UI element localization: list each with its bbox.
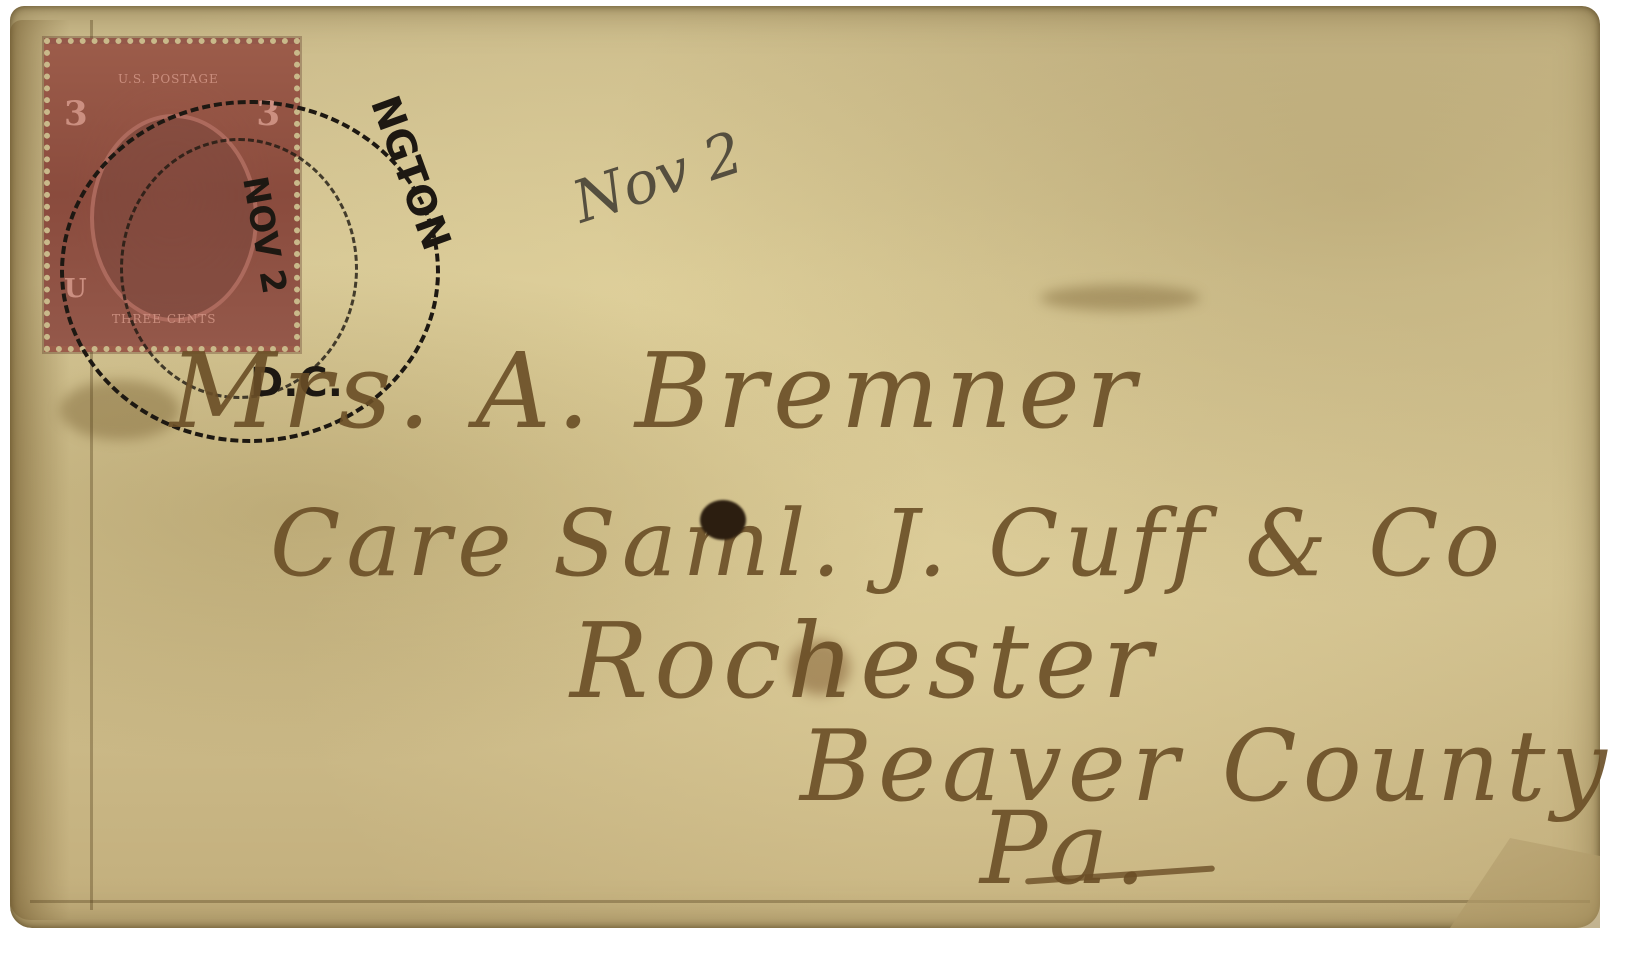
stamp-top-label: U.S. POSTAGE [118,72,219,86]
address-line-2: Care Saml. J. Cuff & Co [270,490,1506,597]
stamp-denomination: 3 [64,94,88,134]
crease-line [30,900,1590,903]
address-line-4: Beaver County [800,710,1613,824]
address-line-5: Pa. [980,790,1152,907]
ink-blot [700,500,746,540]
address-line-3: Rochester [570,600,1158,722]
address-line-1: Mrs. A. Bremner [170,330,1141,452]
stain [1040,285,1200,311]
